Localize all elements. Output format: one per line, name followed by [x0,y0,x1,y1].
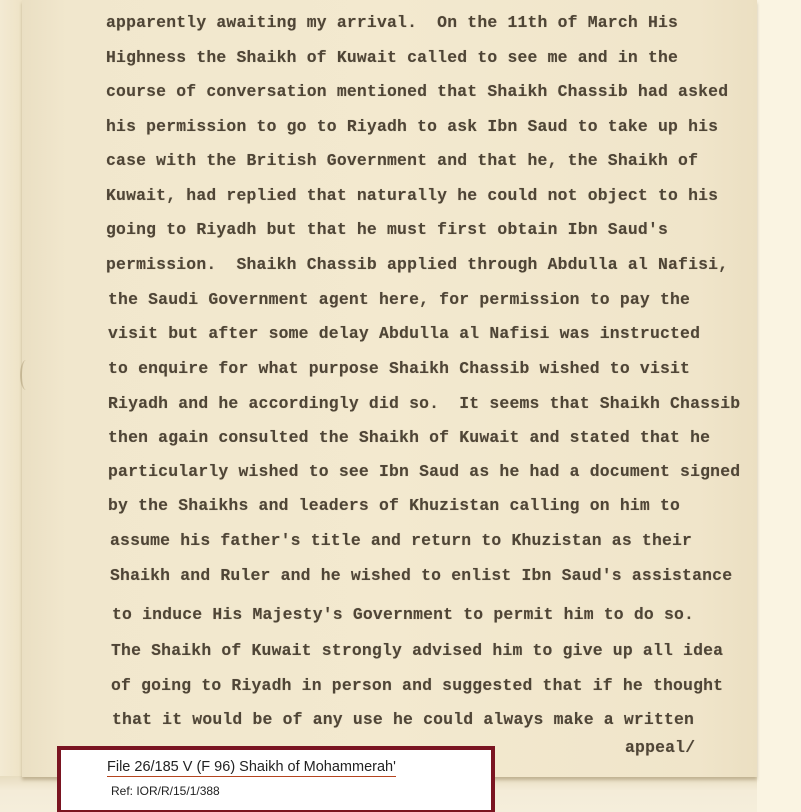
caption-box: File 26/185 V (F 96) Shaikh of Mohammera… [57,746,495,812]
text-line: of going to Riyadh in person and suggest… [111,676,723,695]
text-line: going to Riyadh but that he must first o… [106,220,668,239]
text-line: apparently awaiting my arrival. On the 1… [106,13,678,32]
text-line: to induce His Majesty's Government to pe… [112,605,694,624]
text-line: Kuwait, had replied that naturally he co… [106,186,718,205]
text-line: the Saudi Government agent here, for per… [108,290,690,309]
text-line: that it would be of any use he could alw… [112,710,694,729]
file-title-link[interactable]: File 26/185 V (F 96) Shaikh of Mohammera… [107,759,396,777]
paper-crease [20,360,32,390]
text-line: then again consulted the Shaikh of Kuwai… [108,428,710,447]
text-line: to enquire for what purpose Shaikh Chass… [108,359,690,378]
text-line: Highness the Shaikh of Kuwait called to … [106,48,678,67]
text-line: by the Shaikhs and leaders of Khuzistan … [108,496,680,515]
text-line: appeal/ [625,738,695,757]
text-line: Riyadh and he accordingly did so. It see… [108,394,740,413]
text-line: Shaikh and Ruler and he wished to enlist… [110,566,732,585]
background-left [0,0,22,812]
file-reference: Ref: IOR/R/15/1/388 [111,784,220,798]
text-line: particularly wished to see Ibn Saud as h… [108,462,740,481]
text-line: assume his father's title and return to … [110,531,692,550]
background-right [757,0,801,812]
text-line: case with the British Government and tha… [106,151,698,170]
text-line: permission. Shaikh Chassib applied throu… [106,255,728,274]
text-line: his permission to go to Riyadh to ask Ib… [106,117,718,136]
text-line: visit but after some delay Abdulla al Na… [108,324,700,343]
text-line: The Shaikh of Kuwait strongly advised hi… [111,641,723,660]
text-line: course of conversation mentioned that Sh… [106,82,728,101]
